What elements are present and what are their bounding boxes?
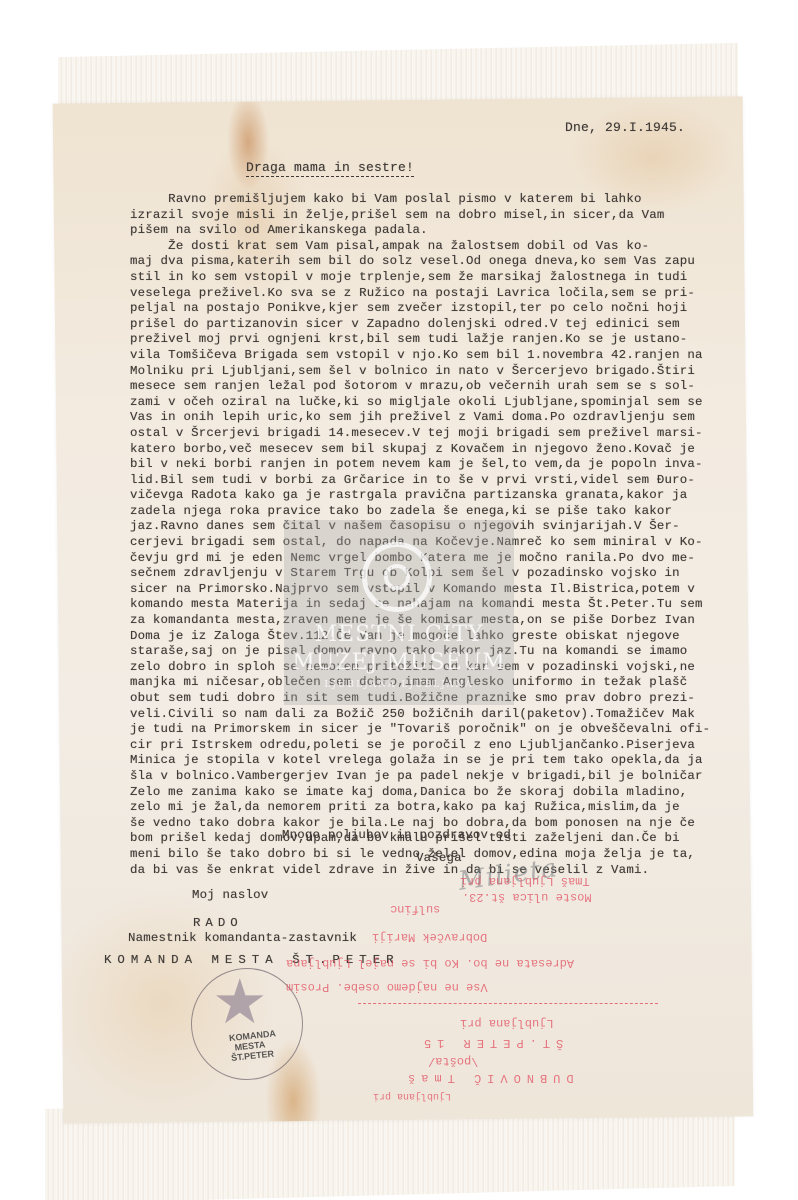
letter-line: vila Tomšičeva Brigada sem vstopil v njo… [130, 348, 710, 364]
letter-line: bil v neki borbi ranjen in potem nevem k… [130, 457, 710, 473]
letter-line: Vas in onih lepih uric,ko sem jih preživ… [130, 410, 710, 426]
letter-line: lid.Bil sem tudi v borbi za Grčarice in … [130, 473, 710, 489]
red-offset-text: Tmaš Ljubljana pri [460, 874, 590, 888]
address-role: Namestnik komandanta-zastavnik [128, 931, 357, 947]
letter-line: Minica je stopila v kotel vrelega golaža… [130, 753, 710, 769]
red-offset-text: Ljubljana pri [373, 1090, 451, 1101]
letter-line: komando mesta Materija in sedaj se nahaj… [130, 597, 710, 613]
red-offset-text: ŠT.PETER 15 [418, 1036, 563, 1050]
letter-line: sečnem zdravljenju v Starem Trgu ob Kolp… [130, 566, 710, 582]
letter-line: šla v bolnico.Vambergerjev Ivan je pa pa… [130, 769, 710, 785]
letter-body: Ravno premišljujem kako bi Vam poslal pi… [130, 192, 710, 878]
letter-line: mesece sem ranjen ležal pod šotorom v mr… [130, 379, 710, 395]
stamp-text: KOMANDA MESTA ŠT.PETER [229, 1029, 272, 1063]
letter-line: zami v očeh oziral na lučke,ki so miglja… [130, 395, 710, 411]
letter-line: vičevga Radota kako ga je rastrgala prav… [130, 488, 710, 504]
letter-line: sicer na Primorsko.Najprvo sem vstopil v… [130, 582, 710, 598]
letter-line: Molniku pri Ljubljani,sem šel v bolnico … [130, 364, 710, 380]
letter-closing-from: Vašega [416, 851, 462, 867]
red-offset-text: Dobravček Mariji [372, 930, 487, 944]
letter-closing: Mnogo poljubov in pozdravov od [282, 828, 511, 844]
letter-line: za komandanta mesta,zraven mene je še ko… [130, 613, 710, 629]
letter-line: katero borbo,več mesecev sem bil skupaj … [130, 442, 710, 458]
letter-line: ostal v Šrcerjevi brigadi 14.mesecev.V t… [130, 426, 710, 442]
red-offset-text: Vse ne najdemo osebe. Prosim [286, 980, 488, 994]
red-offset-text: DUBNOVIČ Tmaš [402, 1071, 574, 1085]
letter-line: cir pri Istrskem odredu,poleti se je por… [130, 738, 710, 754]
red-offset-text: Adresata ne bo. Ko bi se najel Ljubljana [286, 956, 574, 970]
letter-line: staraše,saj on je pisal domov ravno tako… [130, 644, 710, 660]
letter-line: čevju grd mi je eden Nemc vrgel bombo Ka… [130, 551, 710, 567]
letter-line: preživel moj prvi ognjeni krst,bil sem t… [130, 332, 710, 348]
star-icon: ★ [212, 971, 268, 1033]
letter-line: zadela njega roka pravice tako bo zadela… [130, 504, 710, 520]
red-offset-text: \pošta/ [428, 1054, 478, 1068]
red-offset-text: Moste ulica št.23. [462, 890, 592, 904]
letter-salutation: Draga mama in sestre! [246, 160, 414, 177]
letter-line: izrazil svoje misli in želje,prišel sem … [130, 208, 710, 224]
letter-line: veselega preživel.Ko sva se z Ružico na … [130, 286, 710, 302]
letter-line: zelo dobro in sploh se nemorem pritožiti… [130, 660, 710, 676]
letter-line: jaz.Ravno danes sem čital v našem časopi… [130, 519, 710, 535]
red-offset-text: Ljubljana pri [460, 1016, 554, 1030]
letter-line: obut sem tudi dobro in sit sem tudi.Boži… [130, 691, 710, 707]
address-name: RADO [193, 916, 243, 932]
red-dashed-rule [358, 1003, 658, 1004]
letter-line: peljal na postajo Ponikve,kjer sem zveče… [130, 301, 710, 317]
letter-line: pišem na svilo od Amerikanskega padala. [130, 223, 710, 239]
letter-line: Zelo me zanima kako se imate kaj doma,Da… [130, 785, 710, 801]
address-label: Moj naslov [192, 888, 268, 904]
letter-line: Ravno premišljujem kako bi Vam poslal pi… [130, 192, 710, 208]
letter-line: veli.Civili so nam dali za Božič 250 bož… [130, 707, 710, 723]
letter-line: Že dosti krat sem Vam pisal,ampak na žal… [130, 239, 710, 255]
letter-line: zelo mi je žal,da nemorem priti za botra… [130, 800, 710, 816]
letter-date: Dne, 29.I.1945. [565, 120, 685, 136]
letter-line: cerjevi brigadi sem ostal, do napada na … [130, 535, 710, 551]
letter-line: je tudi na Primorskem in sicer je "Tovar… [130, 722, 710, 738]
letter-line: Doma je iz Zaloga Štev.112.Če Vam je mog… [130, 629, 710, 645]
letter-line: maj dva pisma,katerih sem bil do solz ve… [130, 254, 710, 270]
letter-line: manjka mi ničesar,oblečen sem dobro,imam… [130, 675, 710, 691]
red-offset-text: sulfinc [390, 902, 440, 916]
letter-line: prišel do partizanovin sicer v Zapadno d… [130, 317, 710, 333]
letter-line: stil in ko sem vstopil v moje trplenje,s… [130, 270, 710, 286]
